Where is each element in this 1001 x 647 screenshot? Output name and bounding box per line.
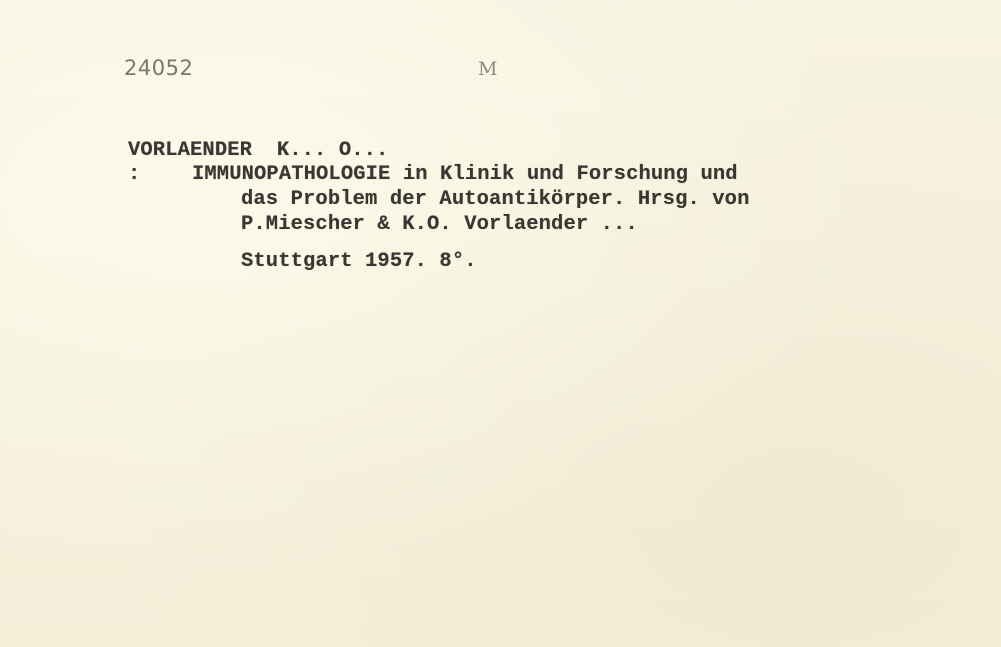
author-heading: VORLAENDER K... O... xyxy=(128,139,388,162)
title-line-2: das Problem der Autoantikörper. Hrsg. vo… xyxy=(241,188,749,211)
section-letter: M xyxy=(478,58,497,80)
call-number: 24052 xyxy=(124,56,193,80)
imprint-line: Stuttgart 1957. 8°. xyxy=(241,250,477,273)
entry-colon: : xyxy=(128,163,140,186)
title-line-3: P.Miescher & K.O. Vorlaender ... xyxy=(241,213,638,236)
catalog-card: 24052 M VORLAENDER K... O... : IMMUNOPAT… xyxy=(0,0,1001,647)
title-line-1: IMMUNOPATHOLOGIE in Klinik und Forschung… xyxy=(192,163,738,186)
